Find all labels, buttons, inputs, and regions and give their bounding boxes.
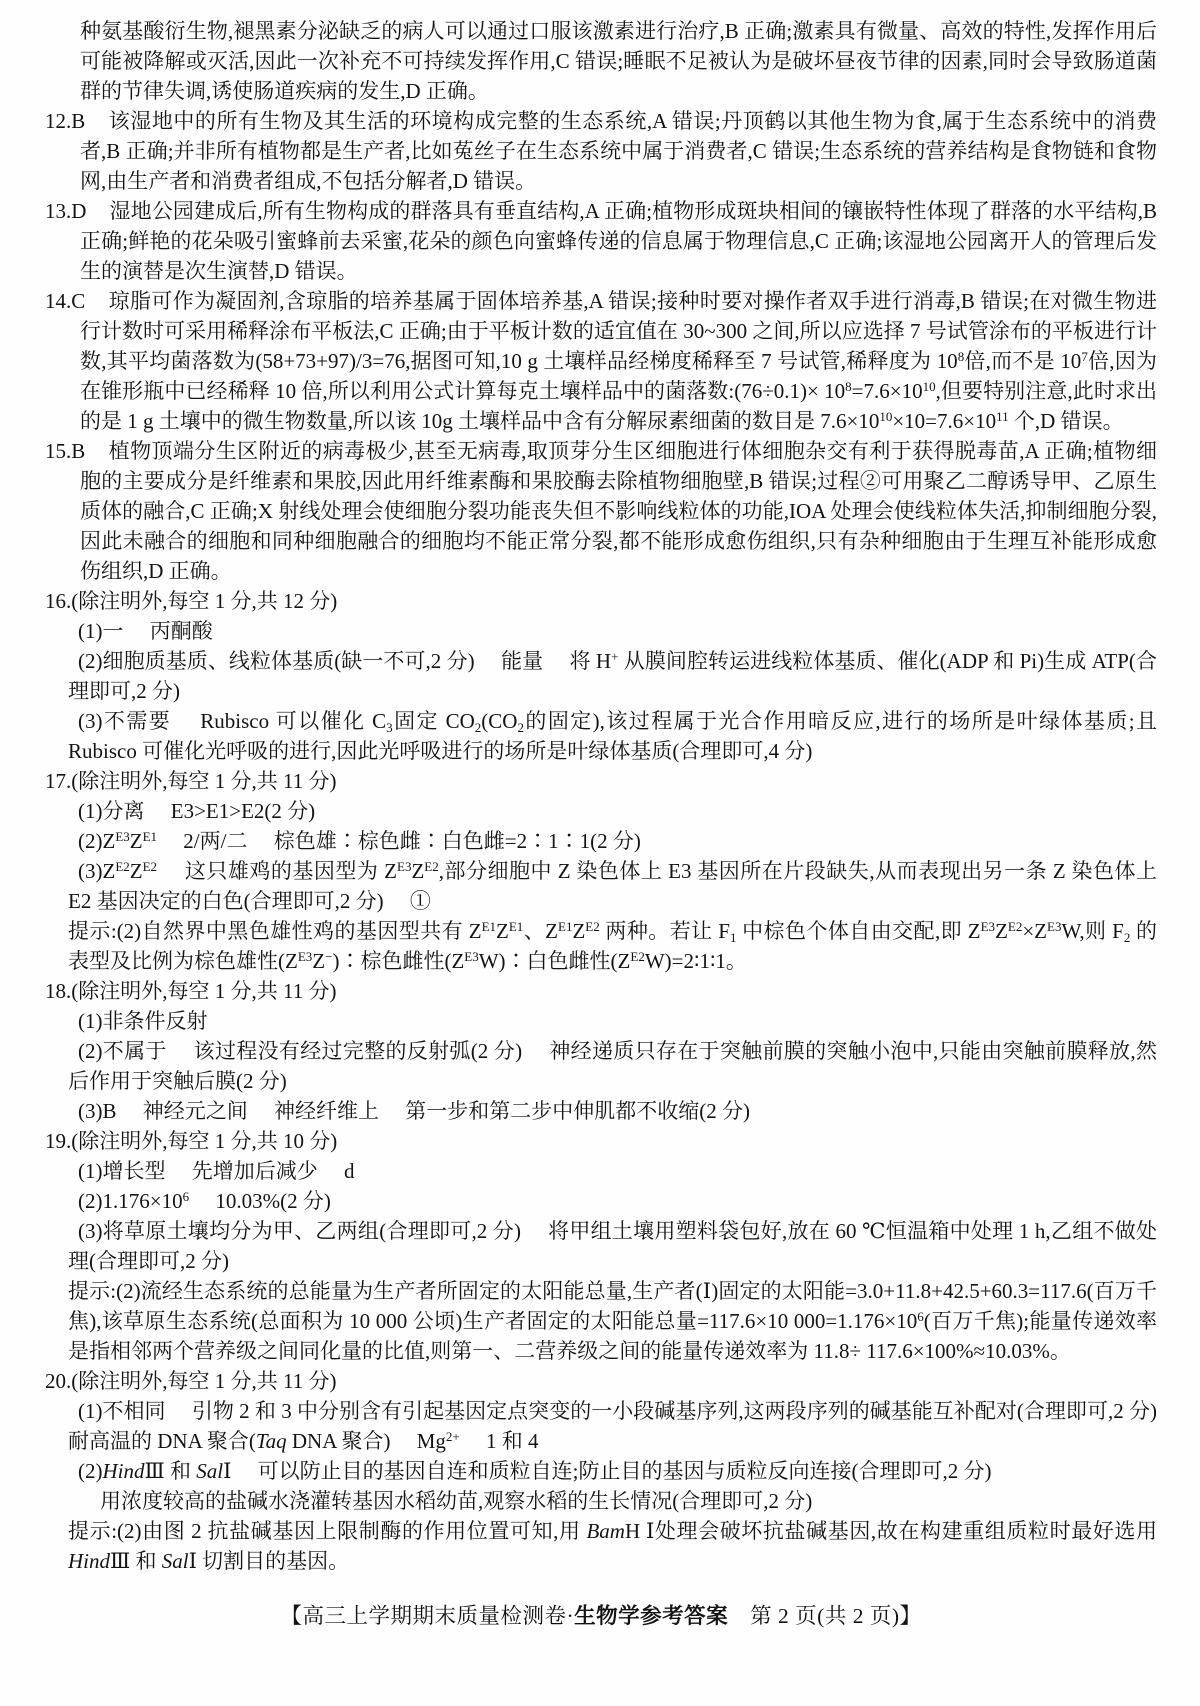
answer-line-18-3: (3)B 神经元之间 神经纤维上 第一步和第二步中伸肌都不收缩(2 分) <box>45 1096 1157 1126</box>
answer-line-16-2: (2)细胞质基质、线粒体基质(缺一不可,2 分) 能量 将 H+ 从膜间腔转运进… <box>45 646 1157 706</box>
hint-20: 提示:(2)由图 2 抗盐碱基因上限制酶的作用位置可知,用 BamH Ⅰ处理会破… <box>45 1516 1157 1576</box>
item-number: 18. <box>45 979 71 1003</box>
item-number: 19. <box>45 1129 71 1153</box>
answer-item-17: 17.(除注明外,每空 1 分,共 11 分) <box>45 766 1157 796</box>
item-explanation: 该湿地中的所有生物及其生活的环境构成完整的生态系统,A 错误;丹顶鹤以其他生物为… <box>80 109 1157 193</box>
answer-item-16: 16.(除注明外,每空 1 分,共 12 分) <box>45 586 1157 616</box>
answer-item-14: 14.C琼脂可作为凝固剂,含琼脂的培养基属于固体培养基,A 错误;接种时要对操作… <box>45 286 1157 436</box>
item-scoring-note: (除注明外,每空 1 分,共 11 分) <box>71 769 336 793</box>
answer-item-19: 19.(除注明外,每空 1 分,共 10 分) <box>45 1126 1157 1156</box>
answer-line-18-1: (1)非条件反射 <box>45 1006 1157 1036</box>
footer-subject: 生物学参考答案 <box>574 1604 728 1628</box>
answer-line-17-1: (1)分离 E3>E1>E2(2 分) <box>45 796 1157 826</box>
item-explanation: 琼脂可作为凝固剂,含琼脂的培养基属于固体培养基,A 错误;接种时要对操作者双手进… <box>80 289 1157 433</box>
answer-item-18: 18.(除注明外,每空 1 分,共 11 分) <box>45 976 1157 1006</box>
item-number: 17. <box>45 769 71 793</box>
answer-item-13: 13.D湿地公园建成后,所有生物构成的群落具有垂直结构,A 正确;植物形成斑块相… <box>45 196 1157 286</box>
answer-item-15: 15.B植物顶端分生区附近的病毒极少,甚至无病毒,取顶芽分生区细胞进行体细胞杂交… <box>45 436 1157 586</box>
item-number: 15.B <box>45 439 85 463</box>
answer-item-20: 20.(除注明外,每空 1 分,共 11 分) <box>45 1366 1157 1396</box>
item-scoring-note: (除注明外,每空 1 分,共 12 分) <box>71 589 337 613</box>
answer-line-19-1: (1)增长型 先增加后减少 d <box>45 1156 1157 1186</box>
item-scoring-note: (除注明外,每空 1 分,共 11 分) <box>71 1369 336 1393</box>
answer-line-19-3: (3)将草原土壤均分为甲、乙两组(合理即可,2 分) 将甲组土壤用塑料袋包好,放… <box>45 1216 1157 1276</box>
item-number: 14.C <box>45 289 85 313</box>
answer-line-17-3: (3)ZE2ZE2 这只雄鸡的基因型为 ZE3ZE2,部分细胞中 Z 染色体上 … <box>45 856 1157 916</box>
item-number: 20. <box>45 1369 71 1393</box>
item-scoring-note: (除注明外,每空 1 分,共 10 分) <box>71 1129 337 1153</box>
answer-line-17-2: (2)ZE3ZE1 2/两/二 棕色雄∶棕色雌∶白色雌=2∶1∶1(2 分) <box>45 826 1157 856</box>
item-explanation: 植物顶端分生区附近的病毒极少,甚至无病毒,取顶芽分生区细胞进行体细胞杂交有利于获… <box>80 439 1157 583</box>
answer-line-16-1: (1)一 丙酮酸 <box>45 616 1157 646</box>
item-number: 16. <box>45 589 71 613</box>
item-number: 12.B <box>45 109 85 133</box>
answer-line-20-1: (1)不相同 引物 2 和 3 中分别含有引起基因定点突变的一小段碱基序列,这两… <box>45 1396 1157 1456</box>
answer-line-19-2: (2)1.176×106 10.03%(2 分) <box>45 1186 1157 1216</box>
hint-17: 提示:(2)自然界中黑色雄性鸡的基因型共有 ZE1ZE1、ZE1ZE2 两种。若… <box>45 916 1157 976</box>
answer-line-16-3: (3)不需要 Rubisco 可以催化 C3固定 CO2(CO2的固定),该过程… <box>45 706 1157 766</box>
answer-line-18-2: (2)不属于 该过程没有经过完整的反射弧(2 分) 神经递质只存在于突触前膜的突… <box>45 1036 1157 1096</box>
item-explanation: 湿地公园建成后,所有生物构成的群落具有垂直结构,A 正确;植物形成斑块相间的镶嵌… <box>80 199 1157 283</box>
answer-line-20-2: (2)HindⅢ 和 SalⅠ 可以防止目的基因自连和质粒自连;防止目的基因与质… <box>45 1456 1157 1486</box>
footer-title-prefix: 【高三上学期期末质量检测卷· <box>280 1604 574 1628</box>
page-footer: 【高三上学期期末质量检测卷·生物学参考答案 第 2 页(共 2 页)】 <box>45 1601 1157 1631</box>
paragraph-continuation: 种氨基酸衍生物,褪黑素分泌缺乏的病人可以通过口服该激素进行治疗,B 正确;激素具… <box>45 16 1157 106</box>
answer-line-20-2b: 用浓度较高的盐碱水浇灌转基因水稻幼苗,观察水稻的生长情况(合理即可,2 分) <box>45 1486 1157 1516</box>
item-number: 13.D <box>45 199 86 223</box>
hint-19: 提示:(2)流经生态系统的总能量为生产者所固定的太阳能总量,生产者(Ⅰ)固定的太… <box>45 1276 1157 1366</box>
answer-sheet-page: 种氨基酸衍生物,褪黑素分泌缺乏的病人可以通过口服该激素进行治疗,B 正确;激素具… <box>0 0 1200 1706</box>
footer-page-number: 第 2 页(共 2 页)】 <box>728 1604 921 1628</box>
answer-item-12: 12.B该湿地中的所有生物及其生活的环境构成完整的生态系统,A 错误;丹顶鹤以其… <box>45 106 1157 196</box>
item-scoring-note: (除注明外,每空 1 分,共 11 分) <box>71 979 336 1003</box>
